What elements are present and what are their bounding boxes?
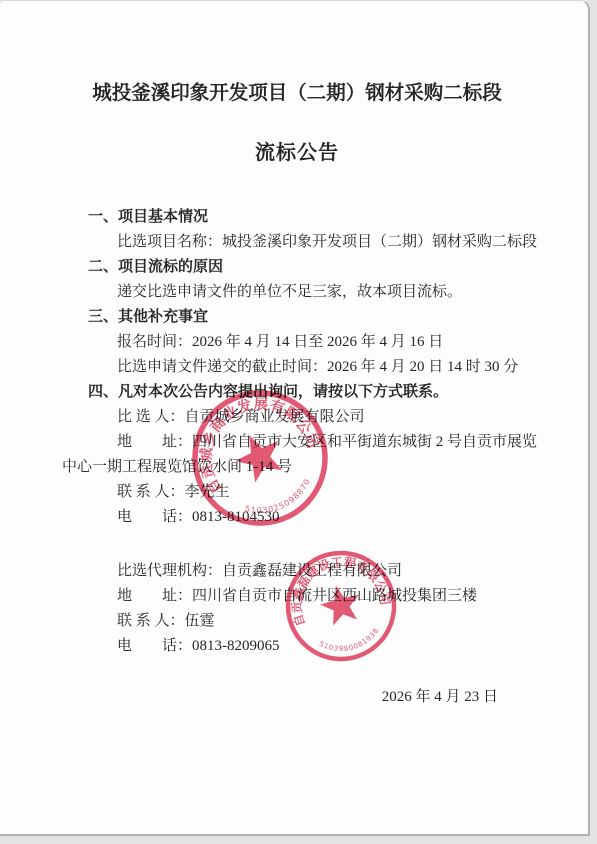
- section3-deadline: 比选申请文件递交的截止时间：2026 年 4 月 20 日 14 时 30 分: [62, 355, 532, 380]
- document-subtitle: 流标公告: [62, 140, 532, 166]
- agency-contact-line: 联 系 人：伍霆: [62, 609, 532, 634]
- agency-name-line: 比选代理机构：自贡鑫磊建设工程有限公司: [62, 559, 532, 584]
- bidder-contact-line: 联 系 人：李先生: [62, 480, 532, 505]
- bidder-phone-line: 电 话：0813-8104530: [62, 505, 532, 530]
- document-content: 城投釜溪印象开发项目（二期）钢材采购二标段 流标公告 一、项目基本情况 比选项目…: [0, 1, 588, 710]
- section3-heading: 三、其他补充事宜: [62, 305, 532, 330]
- bidder-name-line: 比 选 人：自贡城乡商业发展有限公司: [62, 405, 532, 430]
- scanned-announcement-screenshot: { "colors": { "seal_red": "#df3a5a", "in…: [0, 0, 597, 844]
- section4-heading: 四、凡对本次公告内容提出询问，请按以下方式联系。: [62, 380, 532, 405]
- section1-project-name: 比选项目名称：城投釜溪印象开发项目（二期）钢材采购二标段: [62, 230, 532, 255]
- agency-phone-line: 电 话：0813-8209065: [62, 634, 532, 659]
- bidder-address-line2: 中心一期工程展览馆饮水间 1-14 号: [62, 455, 532, 480]
- document-body: 一、项目基本情况 比选项目名称：城投釜溪印象开发项目（二期）钢材采购二标段 二、…: [62, 205, 532, 710]
- document-page: 城投釜溪印象开发项目（二期）钢材采购二标段 流标公告 一、项目基本情况 比选项目…: [0, 0, 590, 836]
- section2-heading: 二、项目流标的原因: [62, 255, 532, 280]
- bidder-address-line1: 地 址：四川省自贡市大安区和平街道东城街 2 号自贡市展览: [62, 430, 532, 455]
- section2-reason: 递交比选申请文件的单位不足三家，故本项目流标。: [62, 280, 532, 305]
- section3-signup-time: 报名时间：2026 年 4 月 14 日至 2026 年 4 月 16 日: [62, 330, 532, 355]
- document-title: 城投釜溪印象开发项目（二期）钢材采购二标段: [62, 81, 532, 107]
- section1-heading: 一、项目基本情况: [62, 205, 532, 230]
- announcement-date: 2026 年 4 月 23 日: [62, 685, 532, 710]
- agency-address-line: 地 址：四川省自贡市自流井区西山路城投集团三楼: [62, 584, 532, 609]
